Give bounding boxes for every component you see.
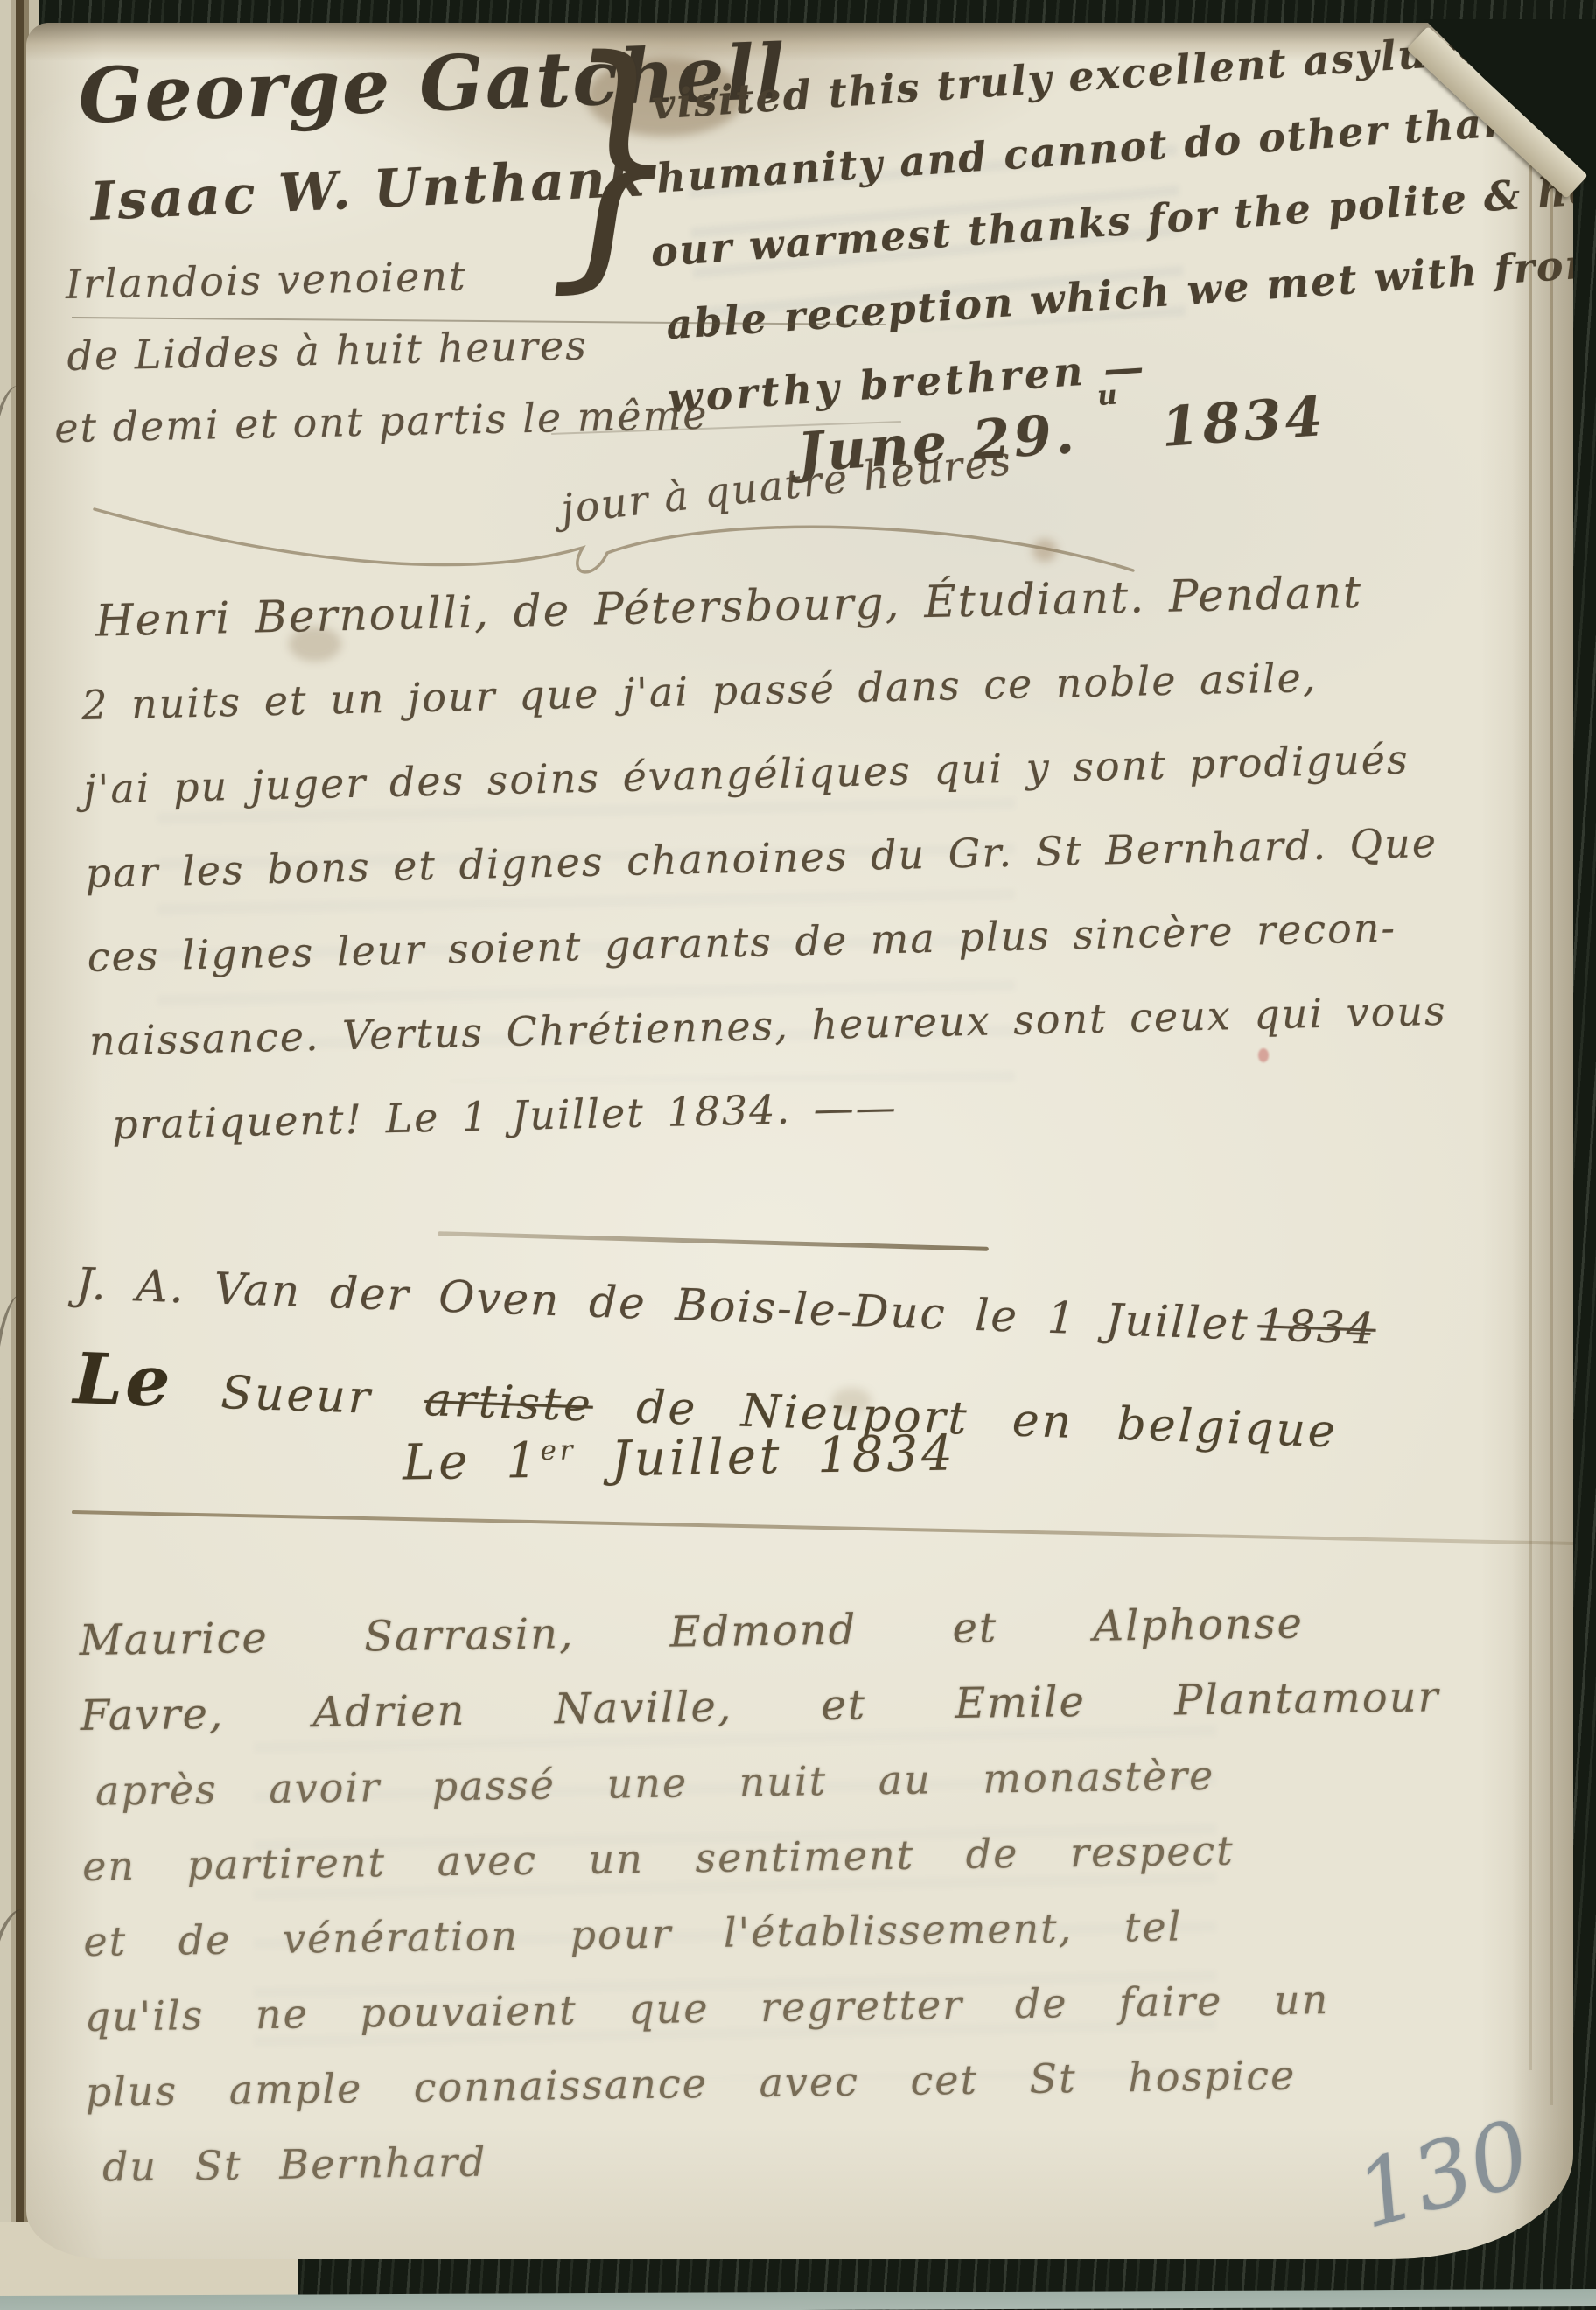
large-initial: Le [73,1337,174,1423]
date-text: Juillet 1834 [576,1424,956,1488]
separator-stroke [437,1231,989,1251]
entry-juillet-date-line: Le 1er Juillet 1834 [402,1424,956,1491]
entry-vanderoven-text: J. A. Van der Oven de Bois-le-Duc le 1 J… [75,1258,1249,1350]
struck-word: artiste [423,1374,594,1432]
manuscript-page: George Gatchell Isaac W. Unthank } visit… [26,23,1573,2259]
entry-bernoulli-text: Henri Bernoulli, de Pétersbourg, Étudian… [79,549,1450,1167]
entry-lesueur-text: Sueur [177,1365,416,1425]
date-year: 1834 [1159,384,1328,459]
entry-sarrasin-text: Maurice Sarrasin, Edmond et AlphonseFavr… [79,1584,1446,2205]
entry-vanderoven-line: J. A. Van der Oven de Bois-le-Duc le 1 J… [75,1258,1377,1354]
date-day: June 29. [795,402,1080,485]
entry-gatchell-french-text: Irlandois venoientde Liddes à huit heure… [65,228,1014,535]
page-fold-line [1529,128,1532,2070]
page-fold-line [1550,101,1553,2105]
date-superscript: er [540,1434,577,1466]
book-scan: George Gatchell Isaac W. Unthank } visit… [0,0,1596,2310]
date-text: Le 1 [402,1432,541,1492]
separator-rule [72,1510,1573,1545]
date-superscript: u [1096,379,1122,412]
struck-year: 1834 [1256,1299,1376,1354]
